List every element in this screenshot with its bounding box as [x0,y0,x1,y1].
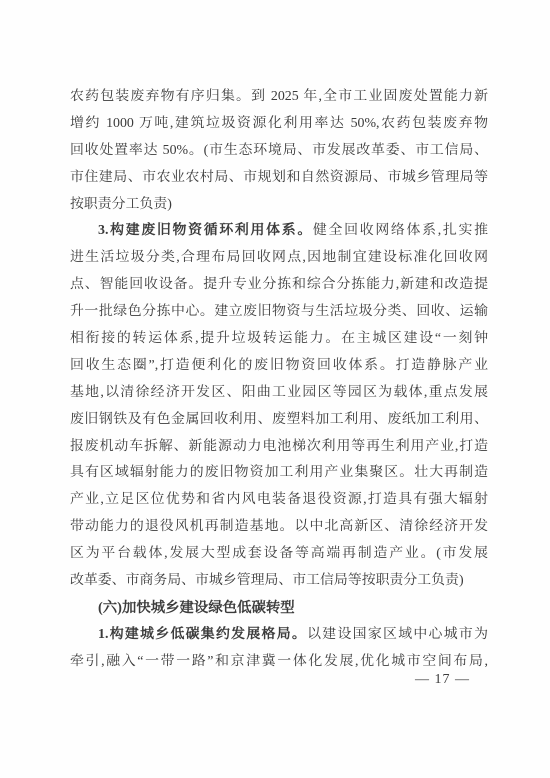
text-run: 改革委、市商务局、市城乡管理局、市工信局等按职责分工负责) [70,573,464,588]
text-line: 1.构建城乡低碳集约发展格局。以建设国家区域中心城市为 [70,622,488,649]
text-run: 以建设国家区域中心城市为 [307,627,488,642]
text-run: 带动能力的退役风机再制造基地。以中北高新区、清徐经济开发 [70,519,488,534]
text-run: 回收生态圈”,打造便利化的废旧物资回收体系。打造静脉产业 [70,358,488,373]
text-line: 升一批绿色分拣中心。建立废旧物资与生活垃圾分类、回收、运输 [70,299,488,326]
text-line: 报废机动车拆解、新能源动力电池梯次利用等再生利用产业,打造 [70,434,488,461]
text-run: 农药包装废弃物有序归集。到 2025 年,全市工业固废处置能力新 [70,89,488,104]
text-run: 增约 1000 万吨,建筑垃圾资源化利用率达 50%,农药包装废弃物 [70,116,488,131]
text-run: 升一批绿色分拣中心。建立废旧物资与生活垃圾分类、回收、运输 [70,304,488,319]
text-line: 相衔接的转运体系,提升垃圾转运能力。在主城区建设“一刻钟 [70,326,488,353]
text-run: 点、智能回收设备。提升专业分拣和综合分拣能力,新建和改造提 [70,277,488,292]
text-run: 产业,立足区位优势和省内风电装备退役资源,打造具有强大辐射 [70,492,488,507]
document-page: 农药包装废弃物有序归集。到 2025 年,全市工业固废处置能力新增约 1000 … [0,0,550,778]
text-run: 相衔接的转运体系,提升垃圾转运能力。在主城区建设“一刻钟 [70,331,488,346]
text-line: 区为平台载体,发展大型成套设备等高端再制造产业。(市发展 [70,541,488,568]
text-line: 基地,以清徐经济开发区、阳曲工业园区等园区为载体,重点发展 [70,380,488,407]
text-run: 废旧钢铁及有色金属回收利用、废塑料加工利用、废纸加工利用、 [70,412,488,427]
text-run: 按职责分工负责) [70,197,172,212]
text-line: 产业,立足区位优势和省内风电装备退役资源,打造具有强大辐射 [70,487,488,514]
text-line: 3.构建废旧物资循环利用体系。健全回收网络体系,扎实推 [70,218,488,245]
text-line: 具有区域辐射能力的废旧物资加工利用产业集聚区。壮大再制造 [70,460,488,487]
text-line: 进生活垃圾分类,合理布局回收网点,因地制宜建设标准化回收网 [70,245,488,272]
text-line: 废旧钢铁及有色金属回收利用、废塑料加工利用、废纸加工利用、 [70,407,488,434]
text-run: 具有区域辐射能力的废旧物资加工利用产业集聚区。壮大再制造 [70,465,488,480]
text-run: 市住建局、市农业农村局、市规划和自然资源局、市城乡管理局等 [70,170,488,185]
page-number: — 17 — [415,670,470,690]
text-line: 增约 1000 万吨,建筑垃圾资源化利用率达 50%,农药包装废弃物 [70,111,488,138]
bold-lead-run: (六)加快城乡建设绿色低碳转型 [98,600,295,616]
text-run: 牵引,融入“一带一路”和京津冀一体化发展,优化城市空间布局, [70,654,488,669]
body-text-block: 农药包装废弃物有序归集。到 2025 年,全市工业固废处置能力新增约 1000 … [70,84,488,676]
section-heading: (六)加快城乡建设绿色低碳转型 [70,595,488,622]
text-run: 进生活垃圾分类,合理布局回收网点,因地制宜建设标准化回收网 [70,250,488,265]
text-run: 健全回收网络体系,扎实推 [313,223,488,238]
text-line: 带动能力的退役风机再制造基地。以中北高新区、清徐经济开发 [70,514,488,541]
text-run: 报废机动车拆解、新能源动力电池梯次利用等再生利用产业,打造 [70,439,488,454]
text-line: 回收生态圈”,打造便利化的废旧物资回收体系。打造静脉产业 [70,353,488,380]
text-run: 基地,以清徐经济开发区、阳曲工业园区等园区为载体,重点发展 [70,385,488,400]
text-line: 点、智能回收设备。提升专业分拣和综合分拣能力,新建和改造提 [70,272,488,299]
text-run: 区为平台载体,发展大型成套设备等高端再制造产业。(市发展 [70,546,488,561]
text-line: 回收处置率达 50%。(市生态环境局、市发展改革委、市工信局、 [70,138,488,165]
bold-lead-run: 3.构建废旧物资循环利用体系。 [98,223,313,238]
text-line: 按职责分工负责) [70,192,488,219]
bold-lead-run: 1.构建城乡低碳集约发展格局。 [98,627,307,642]
text-line: 市住建局、市农业农村局、市规划和自然资源局、市城乡管理局等 [70,165,488,192]
text-line: 农药包装废弃物有序归集。到 2025 年,全市工业固废处置能力新 [70,84,488,111]
text-run: 回收处置率达 50%。(市生态环境局、市发展改革委、市工信局、 [70,143,488,158]
text-line: 改革委、市商务局、市城乡管理局、市工信局等按职责分工负责) [70,568,488,595]
